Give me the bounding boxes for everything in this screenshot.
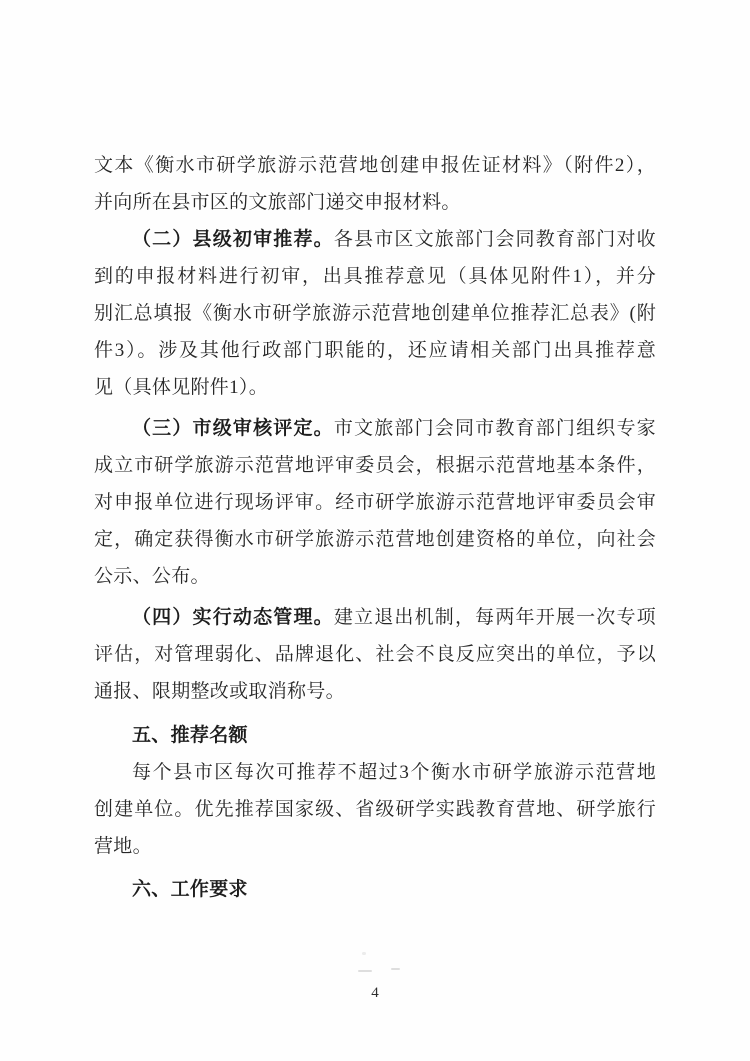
text-line: 见（具体见附件1）。 <box>94 369 656 406</box>
text-line: 每个县市区每次可推荐不超过3个衡水市研学旅游示范营地 <box>94 754 656 791</box>
text-line: 件3）。涉及其他行政部门职能的，还应请相关部门出具推荐意 <box>94 332 656 369</box>
line-text: 定，确定获得衡水市研学旅游示范营地创建资格的单位，向社会 <box>94 529 656 550</box>
text-line: （三）市级审核评定。市文旅部门会同市教育部门组织专家 <box>94 410 656 447</box>
line-text: 通报、限期整改或取消称号。 <box>94 681 345 702</box>
heading-text: 五、推荐名额 <box>132 725 248 746</box>
page-number: 4 <box>371 985 379 1001</box>
text-line: 到的申报材料进行初审，出具推荐意见（具体见附件1），并分 <box>94 258 656 295</box>
text-line: 通报、限期整改或取消称号。 <box>94 673 656 710</box>
page-footer: 4 <box>0 984 750 1002</box>
heading-text: 六、工作要求 <box>132 879 248 900</box>
line-text: 建立退出机制，每两年开展一次专项 <box>334 607 656 628</box>
line-text: 公示、公布。 <box>94 566 210 587</box>
line-text: 并向所在县市区的文旅部门递交申报材料。 <box>94 192 461 213</box>
line-text: 评估，对管理弱化、品牌退化、社会不良反应突出的单位，予以 <box>94 644 656 665</box>
text-line: 创建单位。优先推荐国家级、省级研学实践教育营地、研学旅行 <box>94 791 656 828</box>
scan-smudge <box>391 968 400 970</box>
document-page: 文本《衡水市研学旅游示范营地创建申报佐证材料》（附件2）， 并向所在县市区的文旅… <box>0 0 750 1061</box>
line-text: 每个县市区每次可推荐不超过3个衡水市研学旅游示范营地 <box>132 762 656 783</box>
line-text: 创建单位。优先推荐国家级、省级研学实践教育营地、研学旅行 <box>94 799 656 820</box>
line-text: 市文旅部门会同市教育部门组织专家 <box>334 418 656 439</box>
paragraph-lead: （二）县级初审推荐。 <box>132 229 334 250</box>
line-text: 营地。 <box>94 836 152 857</box>
text-line: 并向所在县市区的文旅部门递交申报材料。 <box>94 184 656 221</box>
line-text: 到的申报材料进行初审，出具推荐意见（具体见附件1），并分 <box>94 266 656 287</box>
text-line: 定，确定获得衡水市研学旅游示范营地创建资格的单位，向社会 <box>94 521 656 558</box>
paragraph-lead: （四）实行动态管理。 <box>132 607 334 628</box>
scan-smudge <box>362 952 366 955</box>
paragraph-lead: （三）市级审核评定。 <box>132 418 334 439</box>
line-text: 见（具体见附件1）。 <box>94 377 268 398</box>
scan-smudge <box>358 970 372 972</box>
document-body: 文本《衡水市研学旅游示范营地创建申报佐证材料》（附件2）， 并向所在县市区的文旅… <box>94 147 656 908</box>
text-line: 成立市研学旅游示范营地评审委员会，根据示范营地基本条件， <box>94 447 656 484</box>
text-line: 别汇总填报《衡水市研学旅游示范营地创建单位推荐汇总表》(附 <box>94 295 656 332</box>
section-heading: 五、推荐名额 <box>94 717 656 754</box>
text-line: 对申报单位进行现场评审。经市研学旅游示范营地评审委员会审 <box>94 484 656 521</box>
line-text: 成立市研学旅游示范营地评审委员会，根据示范营地基本条件， <box>94 455 656 476</box>
line-text: 对申报单位进行现场评审。经市研学旅游示范营地评审委员会审 <box>94 492 656 513</box>
text-line: （二）县级初审推荐。各县市区文旅部门会同教育部门对收 <box>94 221 656 258</box>
text-line: 文本《衡水市研学旅游示范营地创建申报佐证材料》（附件2）， <box>94 147 656 184</box>
text-line: 评估，对管理弱化、品牌退化、社会不良反应突出的单位，予以 <box>94 636 656 673</box>
text-line: 营地。 <box>94 828 656 865</box>
text-line: （四）实行动态管理。建立退出机制，每两年开展一次专项 <box>94 599 656 636</box>
line-text: 别汇总填报《衡水市研学旅游示范营地创建单位推荐汇总表》(附 <box>94 303 656 324</box>
section-heading: 六、工作要求 <box>94 871 656 908</box>
line-text: 各县市区文旅部门会同教育部门对收 <box>334 229 656 250</box>
text-line: 公示、公布。 <box>94 558 656 595</box>
line-text: 件3）。涉及其他行政部门职能的，还应请相关部门出具推荐意 <box>94 340 656 361</box>
line-text: 文本《衡水市研学旅游示范营地创建申报佐证材料》（附件2）， <box>94 155 656 176</box>
